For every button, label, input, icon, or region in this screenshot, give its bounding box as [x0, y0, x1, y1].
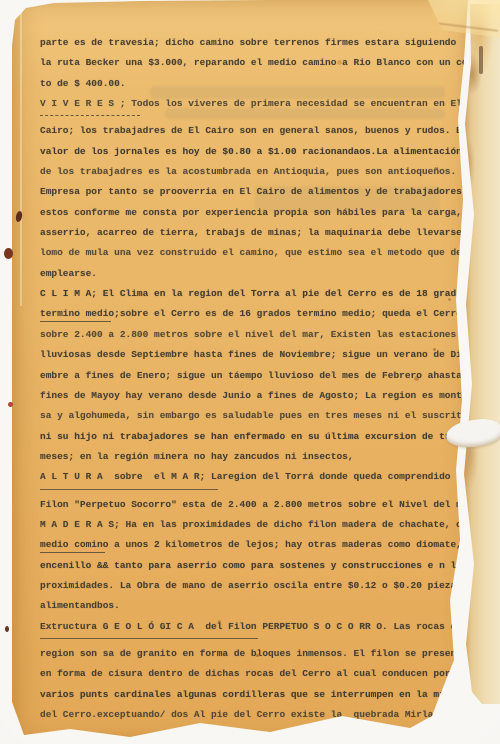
torn-strip	[462, 4, 500, 704]
ink-spot	[4, 248, 13, 259]
text-line: lomo de mula una vez construido el camin…	[40, 243, 472, 263]
ink-spot	[5, 626, 9, 632]
text-line: Empresa por tanto se prooverria en El Ca…	[40, 182, 472, 202]
text-line: la ruta Becker una $3.000, reparando el …	[40, 53, 472, 73]
photo-background: parte es de travesia; dicho camino sobre…	[0, 0, 500, 744]
text-line: termino medio;sobre el Cerro es de 16 gr…	[40, 304, 472, 324]
text-line: varios punts cardinales algunas cordille…	[40, 685, 472, 705]
text-line: C L I M A; El Clima en la region del Tor…	[40, 284, 472, 304]
text-line: sa y algohumeda, sin embargo es saludabl…	[40, 406, 472, 426]
text-line: emplearse.	[40, 264, 472, 284]
text-line: asserrio, acarreo de tierra, trabajs de …	[40, 223, 472, 243]
text-line: region son sa de granito en forma de blo…	[40, 644, 472, 664]
text-line: del Cerro.exceptuando/ dos Al pie del Ce…	[40, 705, 472, 725]
text-line: lluviosas desde Septiembre hasta fines d…	[40, 345, 472, 365]
document-page: parte es de travesia; dicho camino sobre…	[12, 0, 468, 742]
text-line: medio comino a unos 2 kilometros de lejo…	[40, 535, 472, 555]
text-line: encenillo && tanto para aserrio como par…	[40, 556, 472, 576]
text-line: embre a fines de Enero; sigue un táempo …	[40, 366, 472, 386]
text-line: to de $ 400.00.	[40, 74, 472, 94]
text-line: valor de los jornales es hoy de $0.80 a …	[40, 142, 472, 162]
underlined-words: termino medio	[40, 308, 114, 319]
ink-spot	[8, 402, 13, 407]
text-line: M A D E R A S; Ha en las proximidades de…	[40, 515, 472, 535]
text-line: Cairo; los trabajadres de El Cairo son e…	[40, 121, 472, 141]
text-line: A L T U R A sobre el M A R; Laregion del…	[40, 467, 472, 487]
underlined-words: medio comino	[40, 539, 108, 550]
crease-line	[20, 6, 22, 306]
text-line: ni su hijo ni trabajadores se han enferm…	[40, 427, 472, 447]
text-line: alimentandbos.	[40, 596, 472, 616]
typewritten-text: parte es de travesia; dicho camino sobre…	[40, 33, 472, 728]
text-line: proximidades. La Obra de mano de aserrio…	[40, 576, 472, 596]
text-line: de los trabajadres es la acostumbrada en…	[40, 162, 472, 182]
strip-shadow-mark	[479, 46, 483, 74]
text-line: V I V E R E S ; Todos los viveres de pri…	[40, 94, 472, 114]
text-line: meses; en la región minera no hay zancud…	[40, 447, 472, 467]
text-line: Extructura G E O L Ó GI C A del Filon PE…	[40, 617, 472, 637]
text-line: parte es de travesia; dicho camino sobre…	[40, 33, 472, 53]
text-line: sobre 2.400 a 2.800 metros sobre el nive…	[40, 325, 472, 345]
text-line: Filon "Perpetuo Socorro" esta de 2.400 a…	[40, 495, 472, 515]
text-line: en forma de cisura dentro de dichas roca…	[40, 664, 472, 684]
text-line: estos conforme me consta por experiencia…	[40, 203, 472, 223]
text-line: fines de Mayoy hay verano desde Junio a …	[40, 386, 472, 406]
